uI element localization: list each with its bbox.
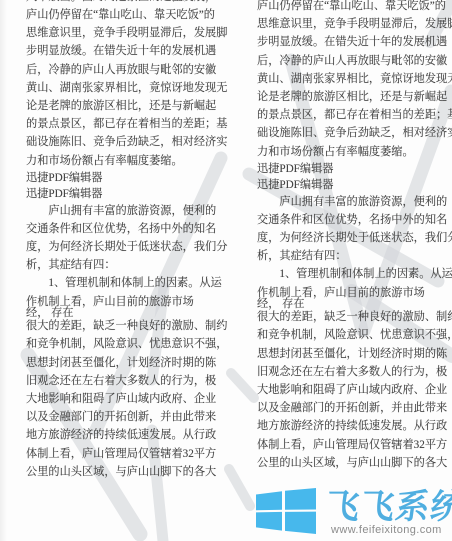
text-line: 庐山拥有丰富的旅游资源，便利的 xyxy=(26,205,216,218)
text-line: 思想封闭甚至僵化，计划经济时期的陈 xyxy=(257,348,447,361)
text-line: 体制上看，庐山管理局仅管辖着32平方 xyxy=(257,439,447,452)
text-line: 论是老牌的旅游区相比，还是与新崛起 xyxy=(257,91,447,104)
text-line: 1、管理机制和体制上的因素。从运 xyxy=(26,277,222,290)
text-line: 的景点景区，都已存在着相当的差距；基 xyxy=(257,109,452,122)
text-line: 思想封闭甚至僵化，计划经济时期的陈 xyxy=(26,357,216,370)
text-line: 庐山仍停留在“靠山吃山、靠天吃饭”的 xyxy=(26,9,215,22)
text-line: 大地影响和阻碍了庐山域内政府、企业 xyxy=(257,384,447,397)
text-line: 的景点景区，都已存在着相当的差距；基 xyxy=(26,118,227,131)
text-line: 步明显放缓。在错失近十年的发展机遇 xyxy=(257,36,447,49)
text-line: 庐山仍停留在“靠山吃山、靠天吃饭”的 xyxy=(257,0,446,13)
text-line: 庐山拥有丰富的旅游资源，便利的 xyxy=(257,196,447,209)
text-line: 度，为何经济长期处于低迷状态，我们分 xyxy=(257,232,452,245)
document-page-left: 入不敷出。面对周边景区的迅猛发展，庐山仍停留在“靠山吃山、靠天吃饭”的思维意识里… xyxy=(26,0,244,541)
text-line: 公里的山头区域，与庐山山脚下的各大 xyxy=(26,466,216,479)
document-pages: 入不敷出。面对周边景区的迅猛发展，庐山仍停留在“靠山吃山、靠天吃饭”的思维意识里… xyxy=(0,0,452,541)
editor-watermark-line: 迅捷PDF编辑器 xyxy=(26,172,102,185)
document-page-right: 庐山仍停留在“靠山吃山、靠天吃饭”的思维意识里，竞争手段明显滞后，发展脚步明显放… xyxy=(257,0,452,541)
text-line: 析，其症结有四： xyxy=(257,250,347,263)
windows-flag-icon xyxy=(256,488,316,534)
brand-name: 飞飞系统 xyxy=(323,479,452,528)
text-line: 础设施陈旧、竞争后劲缺乏，相对经济实 xyxy=(257,127,452,140)
text-line: 思维意识里，竞争手段明显滞后，发展脚 xyxy=(257,18,452,31)
text-line: 以及金融部门的开拓创新，并由此带来 xyxy=(257,402,447,415)
text-line: 很大的差距，缺乏一种良好的激励、制约 xyxy=(257,311,452,324)
editor-watermark-line: 迅捷PDF编辑器 xyxy=(26,188,102,201)
text-line: 础设施陈旧、竞争后劲缺乏，相对经济实 xyxy=(26,136,227,149)
text-line: 地方旅游经济的持续低速发展。从行政 xyxy=(257,420,447,433)
text-line: 交通条件和区位优势，名扬中外的知名 xyxy=(257,214,447,227)
text-line: 经， 存在 xyxy=(26,307,74,320)
brand-footer: 飞飞系统 www.feifeixitong.com xyxy=(254,483,452,541)
brand-url: www.feifeixitong.com xyxy=(331,524,442,536)
text-line: 后，冷静的庐山人再放眼与毗邻的安徽 xyxy=(257,55,447,68)
text-line: 和竞争机制，风险意识、忧患意识不强， xyxy=(257,329,452,342)
text-line: 公里的山头区域，与庐山山脚下的各大 xyxy=(257,457,447,470)
text-line: 析，其症结有四： xyxy=(26,259,116,272)
text-line: 力和市场份额占有率幅度萎缩。 xyxy=(26,155,183,168)
text-line: 大地影响和阻碍了庐山域内政府、企业 xyxy=(26,393,216,406)
text-line: 1、管理机制和体制上的因素。从运 xyxy=(257,268,452,281)
text-line: 步明显放缓。在错失近十年的发展机遇 xyxy=(26,45,216,58)
text-line: 地方旅游经济的持续低速发展。从行政 xyxy=(26,429,216,442)
partial-top-line: 入不敷出。面对周边景区的迅猛发展， xyxy=(26,0,216,4)
text-line: 体制上看，庐山管理局仅管辖着32平方 xyxy=(26,448,216,461)
editor-watermark-line: 迅捷PDF编辑器 xyxy=(257,179,333,192)
text-line: 经， 存在 xyxy=(257,298,305,311)
text-line: 度，为何经济长期处于低迷状态，我们分 xyxy=(26,241,227,254)
editor-watermark-line: 迅捷PDF编辑器 xyxy=(257,163,333,176)
text-line: 旧观念还在左右着大多数人的行为，极 xyxy=(257,366,447,379)
text-line: 后，冷静的庐山人再放眼与毗邻的安徽 xyxy=(26,64,216,77)
text-line: 旧观念还在左右着大多数人的行为，极 xyxy=(26,375,216,388)
document-canvas: 入不敷出。面对周边景区的迅猛发展，庐山仍停留在“靠山吃山、靠天吃饭”的思维意识里… xyxy=(0,0,452,541)
text-line: 黄山、湖南张家界相比，竟惊讶地发现无 xyxy=(26,82,227,95)
text-line: 交通条件和区位优势，名扬中外的知名 xyxy=(26,223,216,236)
text-line: 很大的差距，缺乏一种良好的激励、制约 xyxy=(26,320,227,333)
text-line: 思维意识里，竞争手段明显滞后，发展脚 xyxy=(26,27,227,40)
text-line: 以及金融部门的开拓创新，并由此带来 xyxy=(26,411,216,424)
text-line: 力和市场份额占有率幅度萎缩。 xyxy=(257,146,414,159)
text-line: 论是老牌的旅游区相比，还是与新崛起 xyxy=(26,100,216,113)
text-line: 黄山、湖南张家界相比，竟惊讶地发现无 xyxy=(257,73,452,86)
text-line: 和竞争机制，风险意识、忧患意识不强， xyxy=(26,338,227,351)
